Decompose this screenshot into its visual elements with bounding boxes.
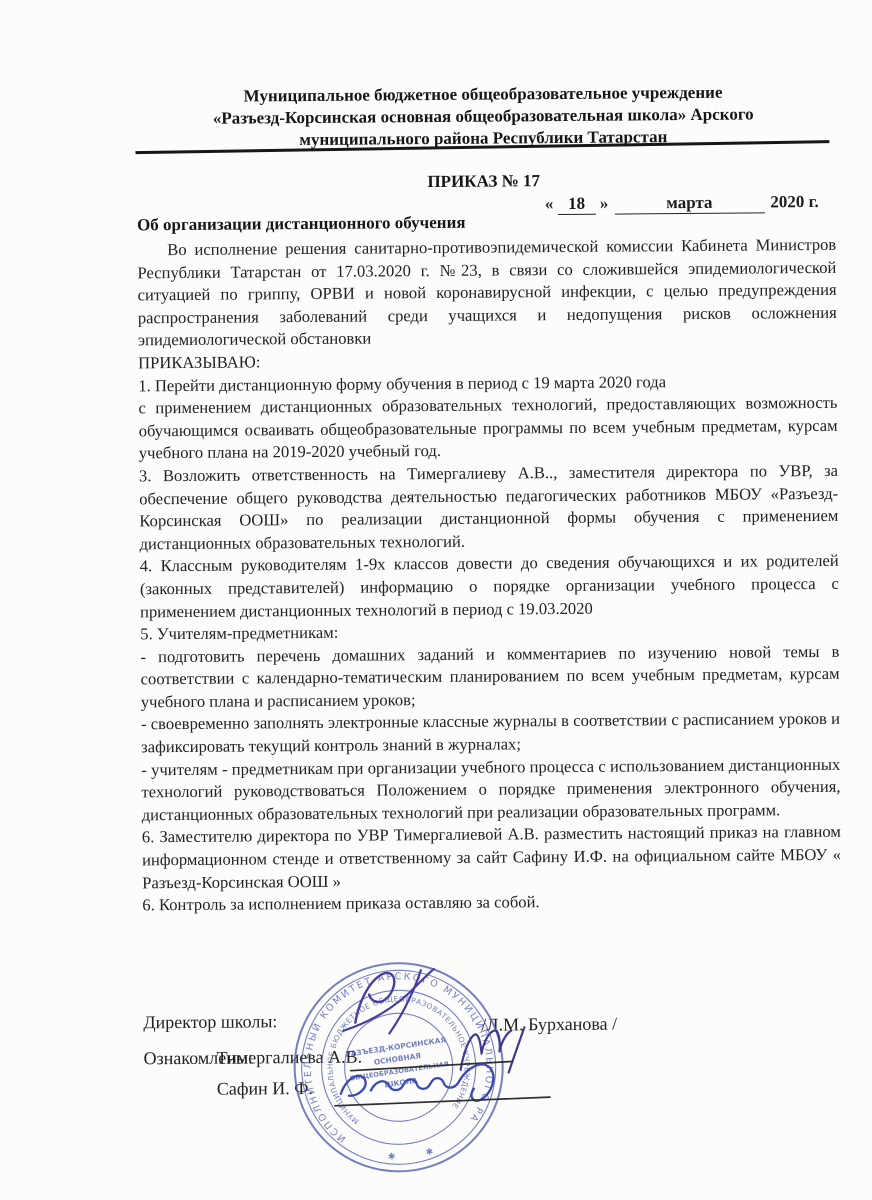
preamble-paragraph: Во исполнение решения санитарно-противоэ… (137, 234, 837, 352)
scanned-order: Муниципальное бюджетное общеобразователь… (0, 0, 872, 1200)
stamp-center-line-4: ШКОЛА (384, 1076, 419, 1090)
order-subject: Об организации дистанционного обучения (137, 212, 597, 236)
order-item: - учителям - предметникам при организаци… (141, 753, 841, 826)
order-item: - подготовить перечень домашних заданий … (140, 641, 840, 714)
date-month: марта (614, 192, 764, 214)
order-title: ПРИКАЗ № 17 (137, 169, 831, 194)
order-item: 3. Возложить ответственность на Тимергал… (139, 460, 839, 556)
order-item: 6. Контроль за исполнением приказа остав… (142, 889, 841, 917)
safin-signature (335, 1064, 550, 1106)
stamp-center-line-3: ОБЩЕОБРАЗОВАТЕЛЬНАЯ (349, 1060, 449, 1083)
order-item: 6. Заместителю директора по УВР Тимергал… (142, 821, 842, 894)
director-name: /Л.М. Бурханова / (481, 1014, 617, 1036)
date-year: 2020 г. (770, 192, 818, 211)
order-item: 4. Классным руководителям 1-9х классов д… (140, 550, 840, 623)
date-close-quote: » (600, 194, 609, 213)
order-item: с применением дистанционных образователь… (138, 392, 838, 465)
signature-line (351, 1061, 513, 1070)
signature-line (335, 1097, 550, 1106)
director-signature (343, 969, 434, 1034)
document-page: Муниципальное бюджетное общеобразователь… (0, 0, 872, 1200)
order-body: Во исполнение решения санитарно-противоэ… (137, 234, 841, 917)
stamp-star-icon: ✱ (425, 1147, 434, 1158)
acknowledged-name-1: Тимергалиева А.В. (217, 1047, 363, 1069)
stamp-star-icon: ✱ (387, 1152, 396, 1163)
stamp-center-line-2: ОСНОВНАЯ (373, 1051, 422, 1067)
acknowledged-name-2: Сафин И. Ф. (217, 1078, 313, 1100)
director-label: Директор школы: (143, 1011, 277, 1033)
date-open-quote: « (545, 194, 554, 213)
order-item: - своевременно заполнять электронные кла… (141, 708, 840, 759)
